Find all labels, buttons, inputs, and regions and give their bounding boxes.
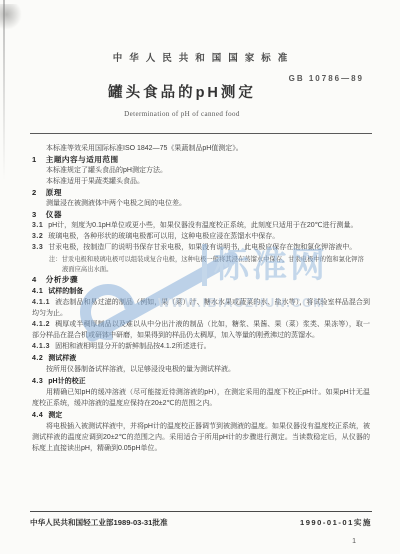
clause-3-1: 3.1pH计，刻度为0.1pH单位或更小些，如果仪器没有温度校正系统，此刻度只适… [32, 220, 370, 231]
clause-4-2-title: 测试样液 [48, 355, 76, 362]
clause-4-4-heading: 4.4测定 [32, 410, 370, 421]
clause-4-2-number: 4.2 [32, 355, 43, 362]
clause-4-1-2-number: 4.1.2 [32, 321, 50, 328]
standard-org-title: 中华人民共和国国家标准 [0, 50, 400, 64]
clause-4-3-text: 用精确已知pH的缓冲溶液（尽可能接近待测溶液的pH），在测定采用的温度下校正pH… [32, 387, 370, 409]
clause-3-2-number: 3.2 [32, 233, 43, 240]
clause-4-1-number: 4.1 [32, 288, 43, 295]
clause-4-1-2-text: 稠厚或半稠厚制品以及难以从中分出汁液的制品（比如，糖浆、果酱、果（菜）浆类、果冻… [32, 321, 370, 339]
clause-3-1-number: 3.1 [32, 222, 43, 229]
document-body: 本标准等效采用国际标准ISO 1842—75《果蔬制品pH值测定》。 1主题内容… [0, 134, 400, 454]
section-2-heading: 2原理 [32, 187, 370, 198]
clause-3-1-text: pH计，刻度为0.1pH单位或更小些，如果仪器没有温度校正系统，此刻度只适用于在… [48, 222, 357, 229]
document-footer: 中华人民共和国轻工业部1989-03-31批准 1990-01-01实施 [30, 511, 372, 528]
clause-4-1-heading: 4.1试样的制备 [32, 286, 370, 297]
section-3-number: 3 [32, 210, 37, 219]
clause-3-3-number: 3.3 [32, 244, 43, 251]
clause-4-1-3-text: 固相和液相明显分开的新鲜制品按4.1.2所述进行。 [55, 343, 211, 350]
page-number: 1 [352, 538, 356, 545]
clause-4-1-1: 4.1.1液态制品和易过滤的制品（例如，果（菜）汁、糖水水果或蔬菜的水、盐水等）… [32, 297, 370, 319]
clause-4-4-title: 测定 [48, 412, 62, 419]
section-1-number: 1 [32, 155, 37, 164]
section-1-paragraph-2: 本标准适用于果蔬类罐头食品。 [32, 176, 370, 187]
section-3-title: 仪器 [46, 210, 62, 219]
clause-4-4-number: 4.4 [32, 412, 43, 419]
section-2-number: 2 [32, 188, 37, 197]
clause-4-1-3: 4.1.3固相和液相明显分开的新鲜制品按4.1.2所述进行。 [32, 341, 370, 352]
clause-4-1-1-number: 4.1.1 [32, 299, 50, 306]
implementation-text: 1990-01-01实施 [300, 517, 372, 528]
section-1-title: 主题内容与适用范围 [46, 155, 119, 164]
section-4-number: 4 [32, 275, 37, 284]
document-title-english: Determination of pH of canned food [0, 110, 382, 118]
clause-3-3-text: 甘汞电极，按制造厂的说明书保存甘汞电极，如果没有说明书，此电极应保存在饱和氯化钾… [48, 244, 356, 251]
section-1-heading: 1主题内容与适用范围 [32, 154, 370, 165]
approval-text: 中华人民共和国轻工业部1989-03-31批准 [30, 517, 168, 528]
clause-4-3-number: 4.3 [32, 378, 43, 385]
section-2-title: 原理 [46, 188, 62, 197]
clause-4-1-title: 试样的制备 [48, 288, 83, 295]
clause-3-2-text: 玻璃电极，各种形状的玻璃电极都可以用，这种电极应浸在蒸馏水中保存。 [48, 233, 279, 240]
clause-3-2: 3.2玻璃电极，各种形状的玻璃电极都可以用，这种电极应浸在蒸馏水中保存。 [32, 231, 370, 242]
clause-4-2-heading: 4.2测试样液 [32, 353, 370, 364]
clause-4-3-heading: 4.3pH计的校正 [32, 376, 370, 387]
clause-4-1-3-number: 4.1.3 [32, 343, 50, 350]
clause-4-1-2: 4.1.2稠厚或半稠厚制品以及难以从中分出汁液的制品（比如，糖浆、果酱、果（菜）… [32, 319, 370, 341]
section-2-paragraph-1: 测量浸在被测液体中两个电极之间的电位差。 [32, 198, 370, 209]
section-3-heading: 3仪器 [32, 209, 370, 220]
document-header: 中华人民共和国国家标准 GB 10786—89 罐头食品的pH测定 Determ… [0, 0, 400, 118]
section-4-title: 分析步骤 [46, 275, 78, 284]
clause-4-2-text: 按所用仪器制备试样溶液，以足够浸没电极的量为测试样液。 [32, 364, 370, 375]
clause-4-3-title: pH计的校正 [48, 378, 85, 385]
clause-4-1-1-text: 液态制品和易过滤的制品（例如，果（菜）汁、糖水水果或蔬菜的水、盐水等），将试验室… [32, 299, 370, 317]
section-1-paragraph-1: 本标准规定了罐头食品的pH测定方法。 [32, 165, 370, 176]
intro-paragraph: 本标准等效采用国际标准ISO 1842—75《果蔬制品pH值测定》。 [32, 143, 370, 154]
document-page: 中华人民共和国国家标准 GB 10786—89 罐头食品的pH测定 Determ… [0, 0, 400, 554]
section-4-heading: 4分析步骤 [32, 274, 370, 285]
clause-3-3: 3.3甘汞电极，按制造厂的说明书保存甘汞电极，如果没有说明书，此电极应保存在饱和… [32, 242, 370, 253]
clause-4-4-text: 将电极插入被测试样液中，并将pH计的温度校正器调节到被测液的温度。如果仪器没有温… [32, 421, 370, 454]
document-title: 罐头食品的pH测定 [0, 81, 382, 102]
section-3-note: 注：甘汞电极和玻璃电极可以组装成复合电极，这种电极一般将其浸在蒸馏水中保存，甘汞… [32, 255, 370, 274]
